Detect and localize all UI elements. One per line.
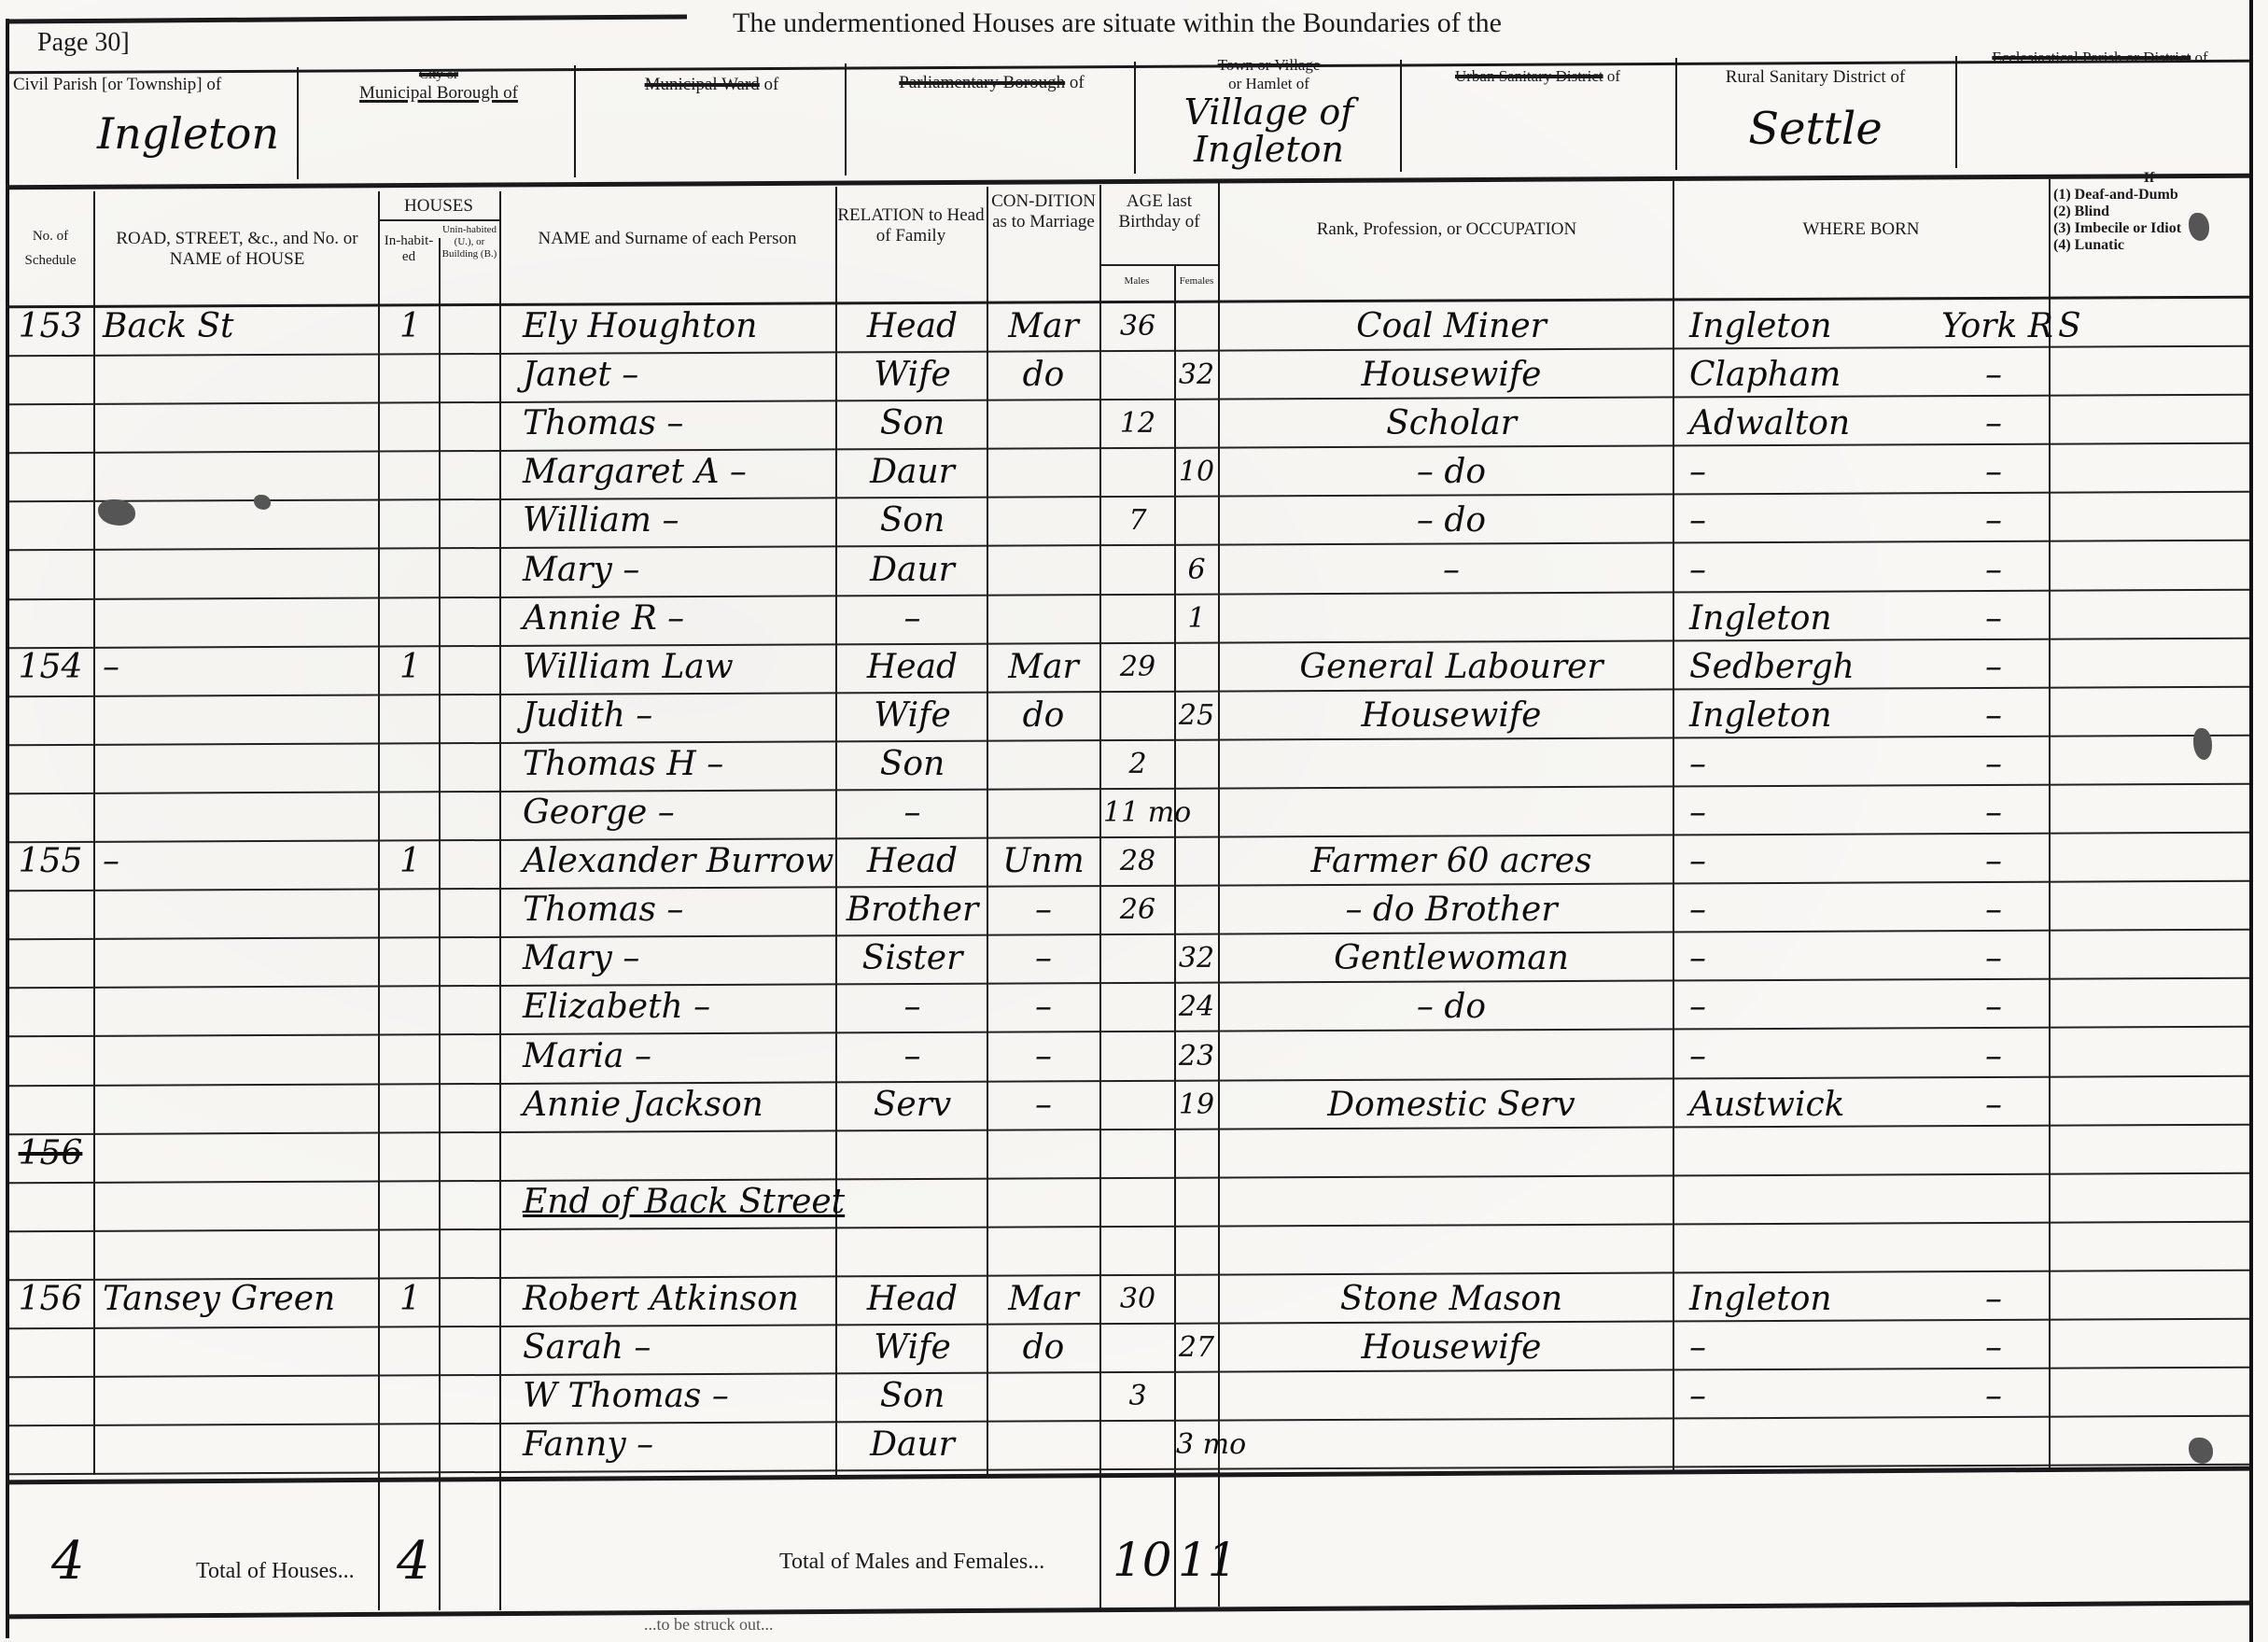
row-condition: do: [991, 352, 1096, 399]
col-header-schedule: No. of Schedule: [7, 224, 93, 273]
row-schedule: 153: [7, 303, 93, 350]
row-name: Mary –: [523, 547, 835, 594]
district-divider: [297, 67, 299, 179]
district-value: Village of Ingleton: [1167, 93, 1372, 168]
district-divider: [1675, 58, 1677, 170]
infirmity-option: (4) Lunatic: [2053, 237, 2245, 254]
district-label: or Hamlet of: [1141, 75, 1397, 93]
frame-right: [2249, 0, 2253, 1642]
row-relation: Sister: [840, 935, 985, 982]
row-inhabited: 1: [385, 644, 436, 691]
row-relation: Daur: [840, 449, 985, 496]
row-condition: –: [991, 1082, 1096, 1129]
district-label-struck: Ecclesiastical Parish or District: [1992, 49, 2191, 66]
col-header-name: NAME and Surname of each Person: [523, 229, 812, 249]
table-row: [0, 1228, 2249, 1276]
row-born-place: –: [1689, 1325, 1932, 1371]
row-female-age: 27: [1176, 1325, 1217, 1371]
row-relation: Son: [840, 400, 985, 447]
row-male-age: 30: [1103, 1276, 1172, 1323]
row-condition: –: [991, 1033, 1096, 1080]
row-name: Mary –: [523, 935, 835, 982]
district-label-struck: Town or Village: [1218, 56, 1321, 74]
row-relation: –: [840, 1033, 985, 1080]
row-schedule: 156: [7, 1276, 93, 1323]
col-header-age: AGE last Birthday of: [1101, 191, 1217, 232]
district-parliamentary-borough: Parliamentary Borough of: [854, 73, 1129, 93]
row-name: Janet –: [523, 352, 835, 399]
row-occupation: Farmer 60 acres: [1232, 838, 1671, 885]
row-condition: –: [991, 935, 1096, 982]
district-divider: [574, 65, 576, 177]
district-town-village: Town or Village or Hamlet of Village of …: [1141, 56, 1397, 168]
district-label: of: [2195, 49, 2208, 66]
total-houses-count: 4: [51, 1531, 85, 1592]
table-row: 155–1Alexander BurrowHeadUnm28Farmer 60 …: [0, 838, 2249, 887]
table-row: Margaret A –Daur10– do––: [0, 449, 2249, 498]
row-relation: –: [840, 596, 985, 642]
row-condition: –: [991, 887, 1096, 933]
row-born-place: –: [1689, 547, 1932, 594]
row-occupation: – do: [1232, 498, 1671, 544]
row-born-county: –: [1941, 352, 2046, 399]
table-row: Elizabeth –––24– do––: [0, 984, 2249, 1032]
col-header-where-born: WHERE BORN: [1675, 219, 2047, 240]
row-occupation: Housewife: [1232, 1325, 1671, 1371]
district-label: Municipal Borough of: [308, 83, 569, 104]
row-male-age: 2: [1103, 741, 1172, 788]
row-schedule: 156: [7, 1130, 93, 1177]
row-female-age: 32: [1176, 935, 1217, 982]
row-born-county: –: [1941, 498, 2046, 544]
table-row: 156: [0, 1130, 2249, 1179]
table-row: End of Back Street: [0, 1179, 2249, 1228]
row-born-place: Ingleton: [1689, 596, 1932, 642]
row-born-county: York R: [1941, 303, 2046, 350]
row-condition: Mar: [991, 303, 1096, 350]
row-relation: Serv: [840, 1082, 985, 1129]
district-municipal-ward: Municipal Ward of: [583, 75, 840, 95]
district-municipal-borough: City or Municipal Borough of: [308, 67, 569, 104]
district-label: Civil Parish [or Township] of: [13, 75, 293, 95]
row-occupation: Housewife: [1232, 693, 1671, 739]
total-houses-value: 4: [397, 1531, 430, 1592]
bottom-rule: [6, 1601, 2249, 1620]
row-relation: –: [840, 984, 985, 1031]
row-born-county: –: [1941, 984, 2046, 1031]
row-male-age: 11 mo: [1103, 790, 1172, 836]
row-condition: –: [991, 984, 1096, 1031]
district-label-struck: Urban Sanitary District: [1455, 67, 1603, 85]
row-road: –: [103, 838, 373, 885]
ink-blot: [254, 495, 271, 510]
row-road: Tansey Green: [103, 1276, 373, 1323]
row-relation: Son: [840, 1373, 985, 1420]
row-born-county: –: [1941, 1276, 2046, 1323]
row-occupation: Stone Mason: [1232, 1276, 1671, 1323]
row-name: W Thomas –: [523, 1373, 835, 1420]
page-title: The undermentioned Houses are situate wi…: [733, 7, 1502, 39]
district-label: of: [1607, 67, 1620, 85]
row-male-age: 26: [1103, 887, 1172, 933]
row-name: Sarah –: [523, 1325, 835, 1371]
row-name: Maria –: [523, 1033, 835, 1080]
census-page: Page 30] The undermentioned Houses are s…: [0, 0, 2268, 1642]
table-row: 156Tansey Green1Robert AtkinsonHeadMar30…: [0, 1276, 2249, 1325]
row-occupation: Scholar: [1232, 400, 1671, 447]
row-occupation: General Labourer: [1232, 644, 1671, 691]
row-name: Fanny –: [523, 1422, 835, 1468]
row-born-county: –: [1941, 1373, 2046, 1420]
table-row: Annie JacksonServ–19Domestic ServAustwic…: [0, 1082, 2249, 1130]
table-row: George ––11 mo––: [0, 790, 2249, 838]
row-male-age: 36: [1103, 303, 1172, 350]
row-male-age: 3: [1103, 1373, 1172, 1420]
district-label-struck: Parliamentary Borough: [899, 73, 1065, 92]
row-road: Back St: [103, 303, 373, 350]
page-label: Page 30]: [37, 28, 130, 58]
col-header-condition: CON-DITION as to Marriage: [988, 191, 1099, 232]
total-males: 10: [1113, 1533, 1172, 1587]
row-female-age: 23: [1176, 1033, 1217, 1080]
row-condition: do: [991, 693, 1096, 739]
row-relation: –: [840, 790, 985, 836]
row-name: Robert Atkinson: [523, 1276, 835, 1323]
row-relation: Son: [840, 741, 985, 788]
row-born-place: Ingleton: [1689, 303, 1932, 350]
district-value: Ingleton: [97, 108, 293, 159]
table-row: Janet –Wifedo32HousewifeClapham–: [0, 352, 2249, 400]
row-occupation: Coal Miner: [1232, 303, 1671, 350]
row-name: Alexander Burrow: [523, 838, 835, 885]
row-born-county: –: [1941, 838, 2046, 885]
row-name: Ely Houghton: [523, 303, 835, 350]
row-occupation: Housewife: [1232, 352, 1671, 399]
row-born-place: –: [1689, 1373, 1932, 1420]
row-born-county: –: [1941, 449, 2046, 496]
district-label: of: [1070, 73, 1085, 92]
frame-top: [6, 14, 687, 23]
col-header-houses: HOUSES: [378, 196, 499, 217]
total-persons-label: Total of Males and Females...: [779, 1550, 1044, 1575]
row-schedule: 154: [7, 644, 93, 691]
row-relation: Head: [840, 838, 985, 885]
row-born-county: –: [1941, 1325, 2046, 1371]
row-born-county: –: [1941, 790, 2046, 836]
row-schedule: 155: [7, 838, 93, 885]
row-relation: Son: [840, 498, 985, 544]
district-label: of: [764, 75, 779, 94]
row-relation: Daur: [840, 547, 985, 594]
row-name: Thomas –: [523, 887, 835, 933]
row-born-place: –: [1689, 838, 1932, 885]
row-female-age: 1: [1176, 596, 1217, 642]
row-inhabited: 1: [385, 838, 436, 885]
row-female-age: 3 mo: [1176, 1422, 1217, 1468]
row-occupation: Gentlewoman: [1232, 935, 1671, 982]
row-born-place: Ingleton: [1689, 693, 1932, 739]
row-born-place: –: [1689, 498, 1932, 544]
infirmity-option: (1) Deaf-and-Dumb: [2053, 187, 2245, 203]
row-relation: Head: [840, 644, 985, 691]
row-born-county: –: [1941, 887, 2046, 933]
col-header-inhabited: In-habit-ed: [381, 233, 437, 265]
table-row: Thomas –Brother–26– do Brother––: [0, 887, 2249, 935]
ink-blot: [2189, 213, 2209, 241]
table-row: Mary –Sister–32Gentlewoman––: [0, 935, 2249, 984]
row-female-age: 24: [1176, 984, 1217, 1031]
table-row: Thomas –Son12ScholarAdwalton–: [0, 400, 2249, 449]
district-civil-parish: Civil Parish [or Township] of Ingleton: [13, 75, 293, 159]
row-name: Annie R –: [523, 596, 835, 642]
row-female-age: 25: [1176, 693, 1217, 739]
table-row: Fanny –Daur3 mo: [0, 1422, 2249, 1470]
row-male-age: 28: [1103, 838, 1172, 885]
row-relation: Head: [840, 303, 985, 350]
col-header-occupation: Rank, Profession, or OCCUPATION: [1223, 219, 1671, 240]
row-female-age: 19: [1176, 1082, 1217, 1129]
table-row: 154–1William LawHeadMar29General Laboure…: [0, 644, 2249, 693]
row-occupation: Domestic Serv: [1232, 1082, 1671, 1129]
row-name: Margaret A –: [523, 449, 835, 496]
ink-blot: [2189, 1438, 2213, 1464]
row-born-place: Sedbergh: [1689, 644, 1932, 691]
row-born-place: Austwick: [1689, 1082, 1932, 1129]
footer-note: ...to be struck out...: [644, 1615, 773, 1635]
district-urban-sanitary: Urban Sanitary District of: [1405, 67, 1671, 86]
row-born-place: –: [1689, 449, 1932, 496]
row-born-county: –: [1941, 596, 2046, 642]
table-row: W Thomas –Son3––: [0, 1373, 2249, 1422]
row-occupation: – do: [1232, 449, 1671, 496]
row-condition: Unm: [991, 838, 1096, 885]
row-name: Thomas H –: [523, 741, 835, 788]
row-born-place: –: [1689, 935, 1932, 982]
row-occupation: –: [1232, 547, 1671, 594]
table-row: Annie R ––1Ingleton–: [0, 596, 2249, 644]
row-female-age: 10: [1176, 449, 1217, 496]
row-relation: Brother: [840, 887, 985, 933]
row-inhabited: 1: [385, 303, 436, 350]
row-relation: Daur: [840, 1422, 985, 1468]
row-born-county: –: [1941, 644, 2046, 691]
infirmity-option: (2) Blind: [2053, 203, 2245, 220]
total-females: 11: [1178, 1533, 1238, 1587]
row-born-place: –: [1689, 741, 1932, 788]
row-female-age: 32: [1176, 352, 1217, 399]
row-name: Elizabeth –: [523, 984, 835, 1031]
district-divider: [845, 63, 847, 175]
row-occupation: – do: [1232, 984, 1671, 1031]
table-row: Judith –Wifedo25HousewifeIngleton–: [0, 693, 2249, 741]
district-bottom-rule: [6, 174, 2249, 190]
row-name: George –: [523, 790, 835, 836]
row-born-county: –: [1941, 693, 2046, 739]
row-born-place: Adwalton: [1689, 400, 1932, 447]
col-header-females: Females: [1176, 271, 1217, 291]
age-rule: [1099, 264, 1218, 266]
row-male-age: 29: [1103, 644, 1172, 691]
row-male-age: 7: [1103, 498, 1172, 544]
row-born-place: –: [1689, 887, 1932, 933]
col-header-road: ROAD, STREET, &c., and No. or NAME of HO…: [98, 229, 376, 270]
row-born-county: –: [1941, 400, 2046, 447]
row-infirmity: S: [2058, 303, 2114, 350]
row-born-place: –: [1689, 790, 1932, 836]
col-header-uninhabited: Unin-habited (U.), or Building (B.): [441, 224, 498, 260]
table-row: Sarah –Wifedo27Housewife––: [0, 1325, 2249, 1373]
row-occupation: – do Brother: [1232, 887, 1671, 933]
row-male-age: 12: [1103, 400, 1172, 447]
row-born-county: –: [1941, 741, 2046, 788]
row-female-age: 6: [1176, 547, 1217, 594]
row-relation: Wife: [840, 1325, 985, 1371]
ink-blot: [2193, 728, 2212, 760]
row-born-county: –: [1941, 547, 2046, 594]
row-born-county: –: [1941, 1033, 2046, 1080]
row-born-place: Ingleton: [1689, 1276, 1932, 1323]
row-condition: Mar: [991, 1276, 1096, 1323]
row-road: –: [103, 644, 373, 691]
row-condition: do: [991, 1325, 1096, 1371]
table-row: 153Back St1Ely HoughtonHeadMar36Coal Min…: [0, 303, 2249, 352]
district-divider: [1955, 56, 1957, 168]
row-name: Thomas –: [523, 400, 835, 447]
row-relation: Wife: [840, 693, 985, 739]
table-row: Mary –Daur6–––: [0, 547, 2249, 596]
district-divider: [1134, 62, 1136, 174]
row-name: William –: [523, 498, 835, 544]
row-inhabited: 1: [385, 1276, 436, 1323]
row-born-county: –: [1941, 935, 2046, 982]
district-label-struck: City or: [308, 67, 569, 83]
row-name: William Law: [523, 644, 835, 691]
infirmity-option: (3) Imbecile or Idiot: [2053, 220, 2245, 237]
row-name: Judith –: [523, 693, 835, 739]
total-houses-label: Total of Houses...: [196, 1559, 355, 1584]
table-row: Thomas H –Son2––: [0, 741, 2249, 790]
row-relation: Wife: [840, 352, 985, 399]
col-header-infirmity: If (1) Deaf-and-Dumb (2) Blind (3) Imbec…: [2053, 170, 2245, 254]
district-label: Rural Sanitary District of: [1680, 67, 1951, 88]
row-name: Annie Jackson: [523, 1082, 835, 1129]
district-rural-sanitary: Rural Sanitary District of Settle: [1680, 67, 1951, 155]
row-condition: Mar: [991, 644, 1096, 691]
row-born-county: –: [1941, 1082, 2046, 1129]
col-header-relation: RELATION to Head of Family: [837, 205, 985, 246]
row-born-place: –: [1689, 984, 1932, 1031]
district-value: Settle: [1680, 103, 1951, 155]
district-divider: [1400, 60, 1402, 172]
table-row: William –Son7– do––: [0, 498, 2249, 546]
row-born-place: Clapham: [1689, 352, 1932, 399]
district-label-struck: Municipal Ward: [645, 75, 760, 94]
row-relation: Head: [840, 1276, 985, 1323]
infirmity-if: If: [2053, 170, 2245, 187]
table-row: Maria –––23––: [0, 1033, 2249, 1082]
row-born-place: –: [1689, 1033, 1932, 1080]
row-name: End of Back Street: [523, 1179, 835, 1226]
district-ecclesiastical: Ecclesiastical Parish or District of: [1960, 49, 2240, 67]
houses-rule: [378, 219, 499, 221]
col-header-males: Males: [1101, 271, 1172, 291]
